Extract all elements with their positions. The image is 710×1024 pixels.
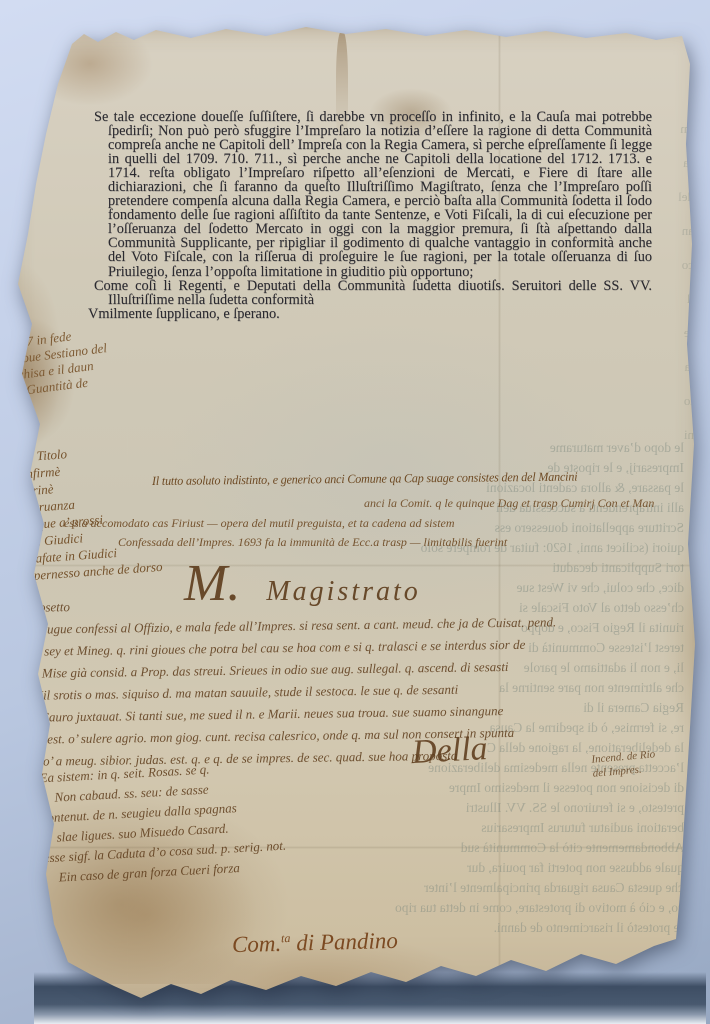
edge-vignette [6,24,704,1014]
aged-paper: le dopo d’aver maturame Impresarij, e le… [6,24,704,1014]
photo-scene: le dopo d’aver maturame Impresarij, e le… [0,0,710,1024]
paper-sheet: le dopo d’aver maturame Impresarij, e le… [6,24,704,1014]
